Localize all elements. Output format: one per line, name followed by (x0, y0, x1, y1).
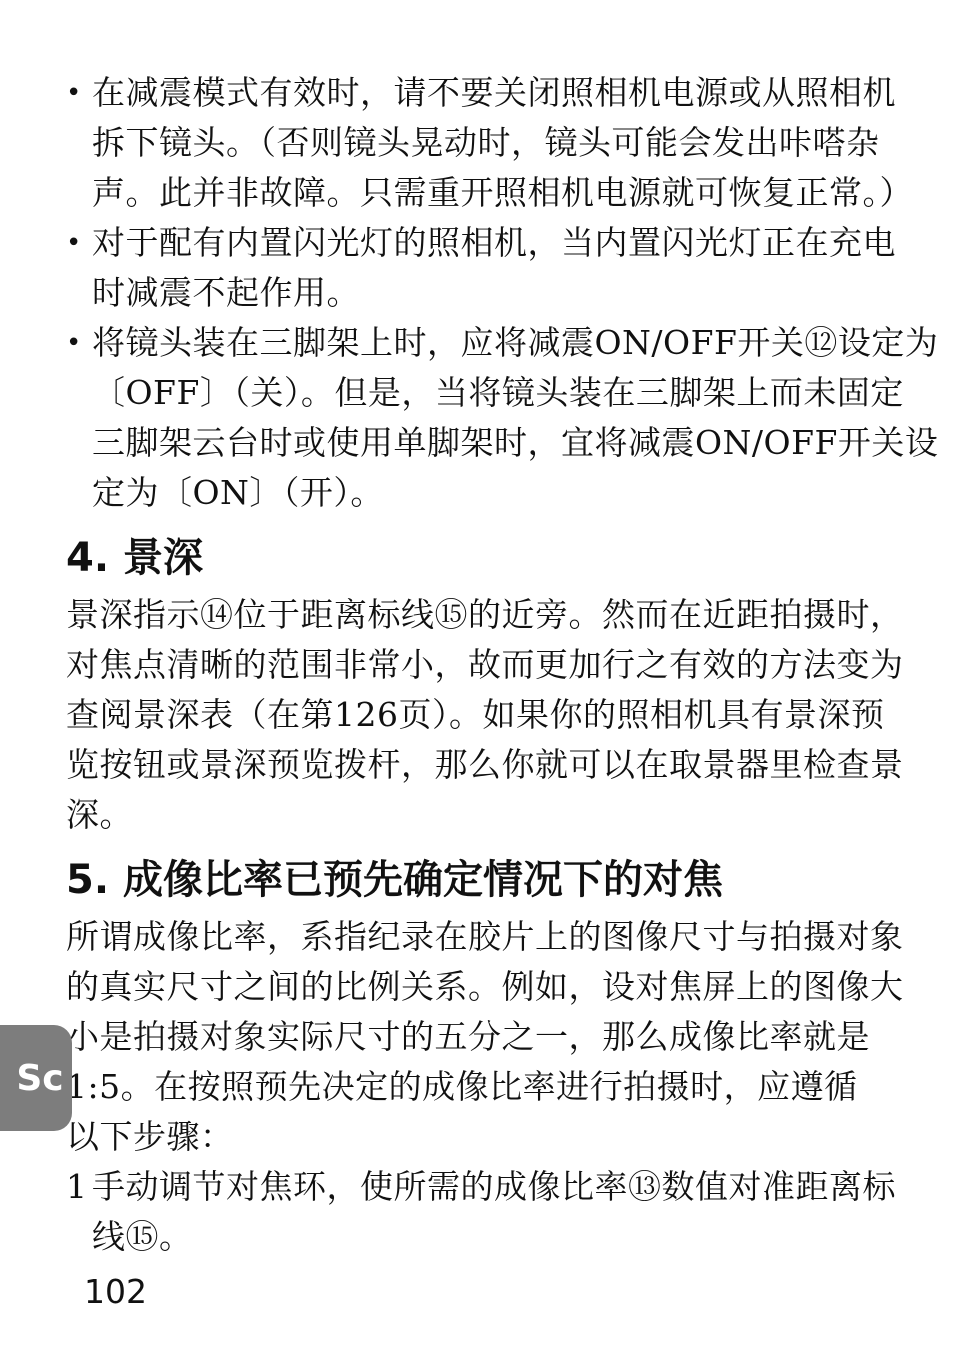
section-heading: 5. 成像比率已预先确定情况下的对焦 (66, 854, 911, 906)
section-reproduction-ratio: 5. 成像比率已预先确定情况下的对焦 所谓成像比率，系指纪录在胶片上的图像尺寸与… (66, 854, 911, 1262)
text-line: 定为〔ON〕（开）。 (92, 468, 938, 518)
text-line: 声。此并非故障。只需重开照相机电源就可恢复正常。） (92, 168, 913, 218)
text-line: 线⑮。 (92, 1212, 896, 1262)
text-line: 1:5。在按照预先决定的成像比率进行拍摄时，应遵循 (66, 1062, 911, 1112)
text-line: 深。 (66, 790, 911, 840)
bullet-item: • 对于配有内置闪光灯的照相机，当内置闪光灯正在充电 时减震不起作用。 (66, 218, 911, 318)
bullet-icon: • (66, 318, 92, 368)
text-line: 小是拍摄对象实际尺寸的五分之一，那么成像比率就是 (66, 1012, 911, 1062)
text-line: 拆下镜头。（否则镜头晃动时，镜头可能会发出咔嗒杂 (92, 118, 913, 168)
section-body: 所谓成像比率，系指纪录在胶片上的图像尺寸与拍摄对象 的真实尺寸之间的比例关系。例… (66, 912, 911, 1162)
text-line: 手动调节对焦环，使所需的成像比率⑬数值对准距离标 (92, 1162, 896, 1212)
text-line: 在减震模式有效时，请不要关闭照相机电源或从照相机 (92, 68, 913, 118)
text-line: 时减震不起作用。 (92, 268, 896, 318)
bullet-text: 在减震模式有效时，请不要关闭照相机电源或从照相机 拆下镜头。（否则镜头晃动时，镜… (92, 68, 913, 218)
text-line: 以下步骤： (66, 1112, 911, 1162)
section-tab: Sc (0, 1025, 72, 1131)
step-item: 1 手动调节对焦环，使所需的成像比率⑬数值对准距离标 线⑮。 (66, 1162, 911, 1262)
manual-page: • 在减震模式有效时，请不要关闭照相机电源或从照相机 拆下镜头。（否则镜头晃动时… (0, 0, 954, 1346)
section-depth-of-field: 4. 景深 景深指示⑭位于距离标线⑮的近旁。然而在近距拍摄时， 对焦点清晰的范围… (66, 532, 911, 840)
text-line: 景深指示⑭位于距离标线⑮的近旁。然而在近距拍摄时， (66, 590, 911, 640)
page-content: • 在减震模式有效时，请不要关闭照相机电源或从照相机 拆下镜头。（否则镜头晃动时… (66, 68, 911, 1262)
bullet-text: 将镜头装在三脚架上时，应将减震ON/OFF开关⑫设定为 〔OFF〕（关）。但是，… (92, 318, 938, 518)
bullet-item: • 在减震模式有效时，请不要关闭照相机电源或从照相机 拆下镜头。（否则镜头晃动时… (66, 68, 911, 218)
bullet-icon: • (66, 218, 92, 268)
page-number: 102 (84, 1272, 147, 1312)
text-line: 将镜头装在三脚架上时，应将减震ON/OFF开关⑫设定为 (92, 318, 938, 368)
bullet-icon: • (66, 68, 92, 118)
text-line: 三脚架云台时或使用单脚架时，宜将减震ON/OFF开关设 (92, 418, 938, 468)
text-line: 查阅景深表（在第126页）。如果你的照相机具有景深预 (66, 690, 911, 740)
bullet-item: • 将镜头装在三脚架上时，应将减震ON/OFF开关⑫设定为 〔OFF〕（关）。但… (66, 318, 911, 518)
text-line: 所谓成像比率，系指纪录在胶片上的图像尺寸与拍摄对象 (66, 912, 911, 962)
text-line: 对于配有内置闪光灯的照相机，当内置闪光灯正在充电 (92, 218, 896, 268)
step-number: 1 (66, 1162, 92, 1212)
text-line: 〔OFF〕（关）。但是，当将镜头装在三脚架上而未固定 (92, 368, 938, 418)
section-body: 景深指示⑭位于距离标线⑮的近旁。然而在近距拍摄时， 对焦点清晰的范围非常小，故而… (66, 590, 911, 840)
bullet-text: 对于配有内置闪光灯的照相机，当内置闪光灯正在充电 时减震不起作用。 (92, 218, 896, 318)
text-line: 览按钮或景深预览拨杆，那么你就可以在取景器里检查景 (66, 740, 911, 790)
bullet-list: • 在减震模式有效时，请不要关闭照相机电源或从照相机 拆下镜头。（否则镜头晃动时… (66, 68, 911, 518)
text-line: 对焦点清晰的范围非常小，故而更加行之有效的方法变为 (66, 640, 911, 690)
step-text: 手动调节对焦环，使所需的成像比率⑬数值对准距离标 线⑮。 (92, 1162, 896, 1262)
section-heading: 4. 景深 (66, 532, 911, 584)
text-line: 的真实尺寸之间的比例关系。例如，设对焦屏上的图像大 (66, 962, 911, 1012)
section-tab-label: Sc (8, 1058, 63, 1099)
